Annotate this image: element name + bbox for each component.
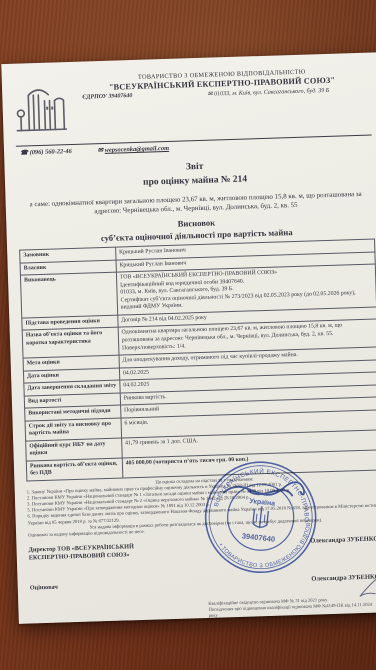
- handwritten-pen-mark: [356, 576, 376, 604]
- director-name: Олександра ЗУБЕНКО: [310, 535, 376, 544]
- mail-icon: ✉: [207, 92, 212, 98]
- report-title: Звіт про оцінку майна № 214: [16, 155, 373, 195]
- address-text: 01033, м. Київ, вул. Саксаганського, буд…: [214, 88, 329, 98]
- row-label: Ринкова вартість об’єкта оцінки, без ПДВ: [26, 458, 122, 481]
- phone-line: ☎ (096) 560-22-46: [20, 147, 72, 157]
- company-logo: [14, 76, 68, 143]
- stamp-trident-emblem: [253, 506, 269, 529]
- letterhead-text: ТОВАРИСТВО З ОБМЕЖЕНОЮ ВІДПОВІДАЛЬНІСТЮ …: [74, 67, 371, 102]
- email-line: ✉ wepsocenka@gmail.com: [98, 144, 170, 154]
- stamp-edrpou: 39407640: [241, 531, 275, 544]
- paper-document: ТОВАРИСТВО З ОБМЕЖЕНОЮ ВІДПОВІДАЛЬНІСТЮ …: [1, 52, 376, 624]
- appraiser-role: Оцінювач: [30, 584, 58, 593]
- row-label: Назва об’єкта оцінки та його коротка хар…: [22, 328, 119, 359]
- valuation-table: ЗамовникКрицький Руслан Іванович Власник…: [19, 239, 376, 482]
- photo-of-document: { "header": { "company_type": "ТОВАРИСТВ…: [0, 0, 376, 670]
- email-address: wepsocenka@gmail.com: [105, 145, 170, 154]
- company-stamp: ВСЕУКРАЇНСЬКИЙ ЕКСПЕРТНО-ПРАВОВИЙ СОЮЗ •…: [196, 452, 326, 582]
- letterhead: ТОВАРИСТВО З ОБМЕЖЕНОЮ ВІДПОВІДАЛЬНІСТЮ …: [14, 67, 372, 143]
- row-label: Виконавець: [20, 272, 117, 318]
- phone-number: (096) 560-22-46: [30, 148, 72, 156]
- phone-icon: ☎: [20, 149, 28, 156]
- envelope-icon: ✉: [98, 147, 104, 154]
- stamp-country: Україна: [249, 498, 276, 508]
- edrpou-number: ЄДРПОУ 39407640: [74, 91, 207, 102]
- director-role: Директор ТОВ «ВСЕУКРАЇНСЬКИЙ ЕКСПЕРТНО-П…: [28, 543, 134, 562]
